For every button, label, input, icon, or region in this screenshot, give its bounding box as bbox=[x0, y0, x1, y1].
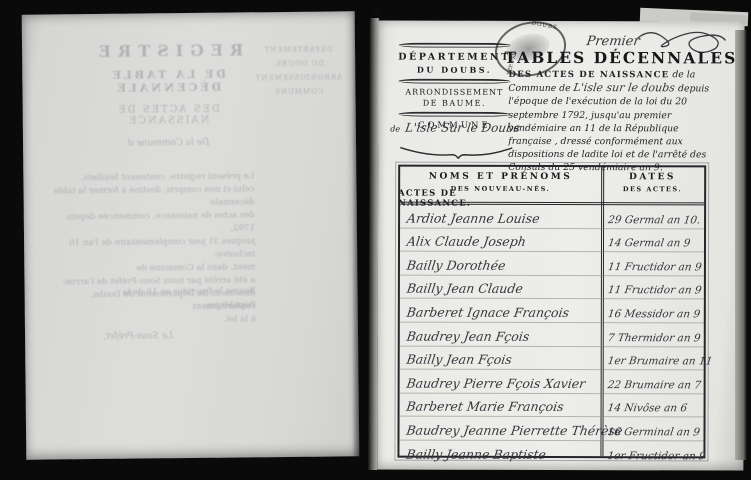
stamp-text: DOUBS bbox=[531, 21, 558, 32]
bleedthrough-box-line: DU DOUBS. bbox=[253, 59, 343, 68]
bleedthrough-body-line: des actes de naissance, commencée depuis… bbox=[40, 209, 255, 237]
book-edge bbox=[735, 30, 747, 460]
intro-segment: depuis l'époque de l'exécution de la loi… bbox=[508, 84, 709, 174]
bleedthrough-box-line: COMMUNE bbox=[253, 87, 343, 96]
bleedthrough-footer-line: République. bbox=[41, 298, 256, 314]
name-cell: Baudrey Jean Fçois bbox=[406, 328, 531, 343]
table-row: Baudrey Jeanne Pierrette Thérèse 16 Germ… bbox=[399, 417, 703, 441]
bleedthrough-department-box: DÉPARTEMENT DU DOUBS. ARRONDISSEMENT COM… bbox=[253, 39, 344, 96]
date-cell: 16 Germinal an 9 bbox=[606, 426, 700, 438]
commune-prefix: de bbox=[390, 125, 400, 134]
arrondissement-label: DE BAUME. bbox=[396, 99, 512, 108]
date-cell: 14 Germal an 9 bbox=[607, 237, 691, 249]
table-row: Bailly Dorothée 11 Fructidor an 9 bbox=[400, 252, 704, 276]
names-header-line: DES NOUVEAU-NÉS. bbox=[400, 185, 601, 194]
bleedthrough-layer: REGISTRE DE LA TABLE DÉCENNALE DES ACTES… bbox=[22, 11, 360, 459]
page-title: TABLES DÉCENNALES bbox=[504, 48, 730, 68]
bleedthrough-title-line: DES ACTES DE NAISSANCE bbox=[81, 103, 256, 127]
table-row: Bailly Jeanne Baptiste 1er Fructidor an … bbox=[399, 441, 703, 464]
records-table: NOMS ET PRÉNOMS DES NOUVEAU-NÉS. DATES D… bbox=[397, 165, 706, 459]
commune-handwritten: L'isle Sur le Doubs bbox=[404, 121, 521, 135]
date-cell: 11 Fructidor an 9 bbox=[607, 284, 702, 296]
divider-rule bbox=[398, 79, 510, 84]
table-row: Baudrey Pierre Fçois Xavier 22 Brumaire … bbox=[400, 370, 704, 394]
intro-lead: DES ACTES DE NAISSANCE bbox=[508, 70, 669, 80]
bleedthrough-footer: Baume le fructidor an 10 de la Républiqu… bbox=[41, 284, 256, 314]
bleedthrough-signature: Le Sous-Préfet, bbox=[58, 331, 218, 343]
table-row: Baudrey Jean Fçois 7 Thermidor an 9 bbox=[400, 323, 704, 347]
date-cell: 29 Germal an 10. bbox=[607, 214, 701, 226]
arrondissement-label: ARRONDISSEMENT bbox=[396, 88, 512, 97]
dates-header-line: DATES bbox=[601, 172, 704, 182]
intro-paragraph: DES ACTES DE NAISSANCE de la Commune de … bbox=[508, 68, 722, 175]
date-cell: 22 Brumaire an 7 bbox=[606, 379, 701, 391]
name-cell: Bailly Jeanne Baptiste bbox=[405, 446, 547, 461]
names-column-header: NOMS ET PRÉNOMS DES NOUVEAU-NÉS. bbox=[400, 167, 601, 203]
left-page: REGISTRE DE LA TABLE DÉCENNALE DES ACTES… bbox=[22, 11, 360, 459]
table-row: Bailly Jean Fçois 1er Brumaire an 11 bbox=[400, 346, 704, 370]
bleedthrough-title-line: De la Commune d bbox=[81, 137, 256, 149]
table-body: Ardiot Jeanne Louise 29 Germal an 10. Al… bbox=[399, 205, 704, 464]
bleedthrough-body-line: jusques 31 jour complémentaire de l'an 1… bbox=[40, 235, 255, 263]
dates-column-header: DATES DES ACTES. bbox=[601, 167, 704, 202]
bleedthrough-box-line: ARRONDISSEMENT bbox=[253, 73, 343, 82]
date-cell: 1er Brumaire an 11 bbox=[606, 355, 712, 367]
bleedthrough-title: REGISTRE DE LA TABLE DÉCENNALE DES ACTES… bbox=[80, 40, 256, 149]
name-cell: Barberet Marie François bbox=[406, 399, 565, 414]
name-cell: Baudrey Pierre Fçois Xavier bbox=[406, 375, 587, 390]
name-cell: Bailly Dorothée bbox=[406, 257, 507, 272]
date-cell: 14 Nivôse an 6 bbox=[606, 402, 687, 414]
table-row: Barberet Ignace François 16 Messidor an … bbox=[400, 299, 704, 323]
table-row: Barberet Marie François 14 Nivôse an 6 bbox=[400, 393, 704, 417]
bleedthrough-title-line: REGISTRE bbox=[80, 40, 255, 61]
archive-scan: REGISTRE DE LA TABLE DÉCENNALE DES ACTES… bbox=[0, 0, 751, 480]
dates-header-line: DES ACTES. bbox=[601, 185, 704, 193]
bleedthrough-box-line: DÉPARTEMENT bbox=[253, 45, 343, 54]
name-cell: Alix Claude Joseph bbox=[406, 234, 527, 249]
date-cell: 1er Fructidor an 9 bbox=[606, 450, 706, 462]
table-row: Ardiot Jeanne Louise 29 Germal an 10. bbox=[400, 205, 704, 229]
name-cell: Ardiot Jeanne Louise bbox=[406, 210, 541, 225]
bleedthrough-body-line: celui-ci non compris, destiné à former l… bbox=[39, 183, 254, 211]
table-header: NOMS ET PRÉNOMS DES NOUVEAU-NÉS. DATES D… bbox=[400, 167, 704, 206]
brace-flourish bbox=[396, 145, 516, 159]
name-cell: Bailly Jean Fçois bbox=[406, 352, 513, 367]
date-cell: 16 Messidor an 9 bbox=[607, 308, 701, 320]
date-cell: 11 Fructidor an 9 bbox=[607, 261, 702, 273]
table-row: Alix Claude Joseph 14 Germal an 9 bbox=[400, 228, 704, 252]
department-label: DU DOUBS. bbox=[396, 65, 512, 75]
names-header-line: NOMS ET PRÉNOMS bbox=[400, 172, 601, 183]
intro-commune-handwritten: L'isle sur le doubs bbox=[573, 83, 676, 93]
table-row: Bailly Jean Claude 11 Fructidor an 9 bbox=[400, 275, 704, 299]
premier-text: Premier bbox=[585, 34, 640, 49]
name-cell: Bailly Jean Claude bbox=[406, 281, 524, 296]
date-cell: 7 Thermidor an 9 bbox=[607, 332, 701, 344]
name-cell: Baudrey Jeanne Pierrette Thérèse bbox=[405, 423, 623, 439]
bleedthrough-title-line: DE LA TABLE DÉCENNALE bbox=[80, 67, 255, 95]
name-cell: Barberet Ignace François bbox=[406, 305, 570, 320]
bleedthrough-body-line: à la loi. bbox=[41, 313, 256, 328]
right-page: DÉPARTEMENT DU DOUBS. ARRONDISSEMENT DE … bbox=[377, 21, 744, 471]
divider-rule bbox=[399, 43, 511, 48]
